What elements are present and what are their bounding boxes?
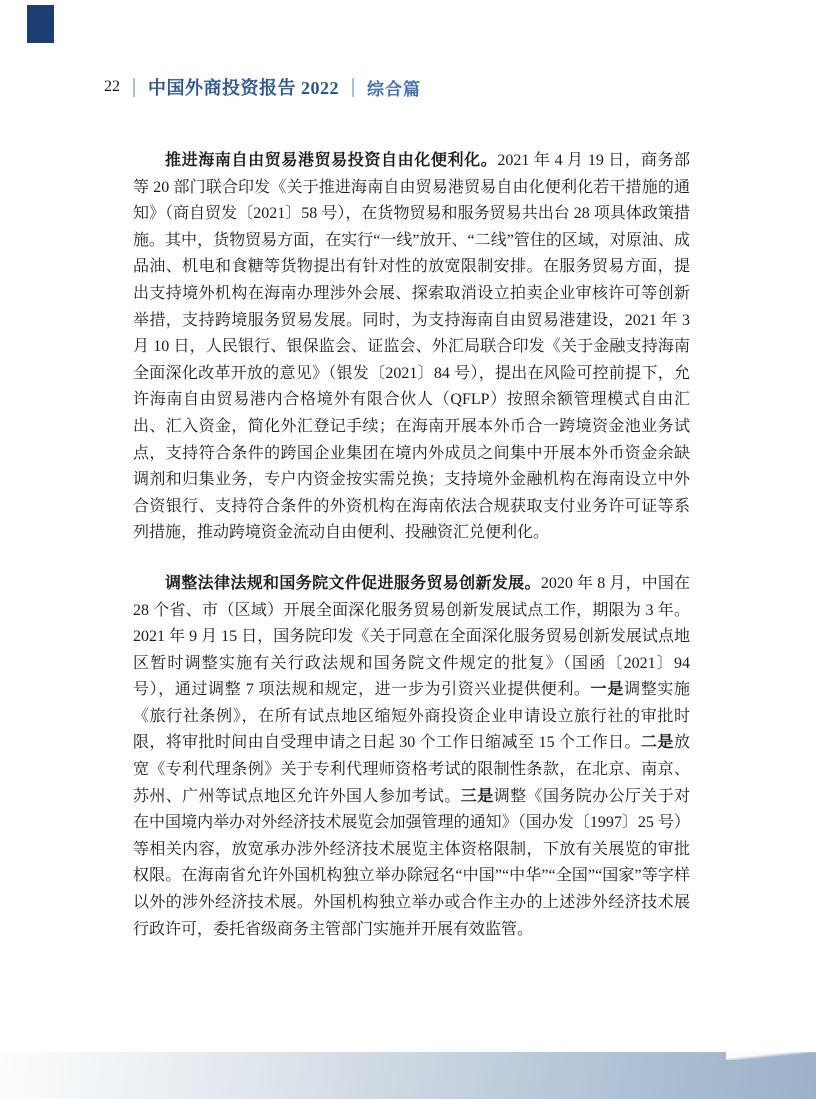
page-header: 22 中国外商投资报告 2022 综合篇 — [104, 74, 421, 100]
paragraph-lead: 调整法律法规和国务院文件促进服务贸易创新发展。 — [165, 575, 541, 592]
section-label: 综合篇 — [367, 75, 421, 100]
page-number: 22 — [104, 78, 120, 96]
header-divider — [133, 78, 135, 97]
paragraph-lead: 二是 — [641, 734, 674, 751]
paragraph-text: 2020 年 8 月，中国在 28 个省、市（区域）开展全面深化服务贸易创新发展… — [133, 575, 690, 698]
paragraph-lead: 一是 — [591, 681, 625, 698]
body-text: 推进海南自由贸易港贸易投资自由化便利化。2021 年 4 月 19 日，商务部等… — [133, 148, 690, 943]
footer-band-notch — [726, 1051, 816, 1060]
footer-gradient-band — [0, 1052, 816, 1099]
document-page: { "header": { "page_number": "22", "repo… — [0, 0, 816, 1099]
paragraph: 调整法律法规和国务院文件促进服务贸易创新发展。2020 年 8 月，中国在 28… — [133, 571, 690, 943]
report-title: 中国外商投资报告 2022 — [148, 74, 339, 100]
header-divider — [352, 78, 354, 97]
paragraph: 推进海南自由贸易港贸易投资自由化便利化。2021 年 4 月 19 日，商务部等… — [133, 148, 690, 547]
paragraph-text: 2021 年 4 月 19 日，商务部等 20 部门联合印发《关于推进海南自由贸… — [133, 152, 690, 541]
chapter-corner-marker — [27, 5, 54, 43]
paragraph-text: 调整《国务院办公厅关于对在中国境内举办对外经济技术展览会加强管理的通知》（国办发… — [133, 788, 690, 938]
paragraph-lead: 推进海南自由贸易港贸易投资自由化便利化。 — [165, 152, 497, 169]
paragraph-lead: 三是 — [461, 788, 494, 805]
